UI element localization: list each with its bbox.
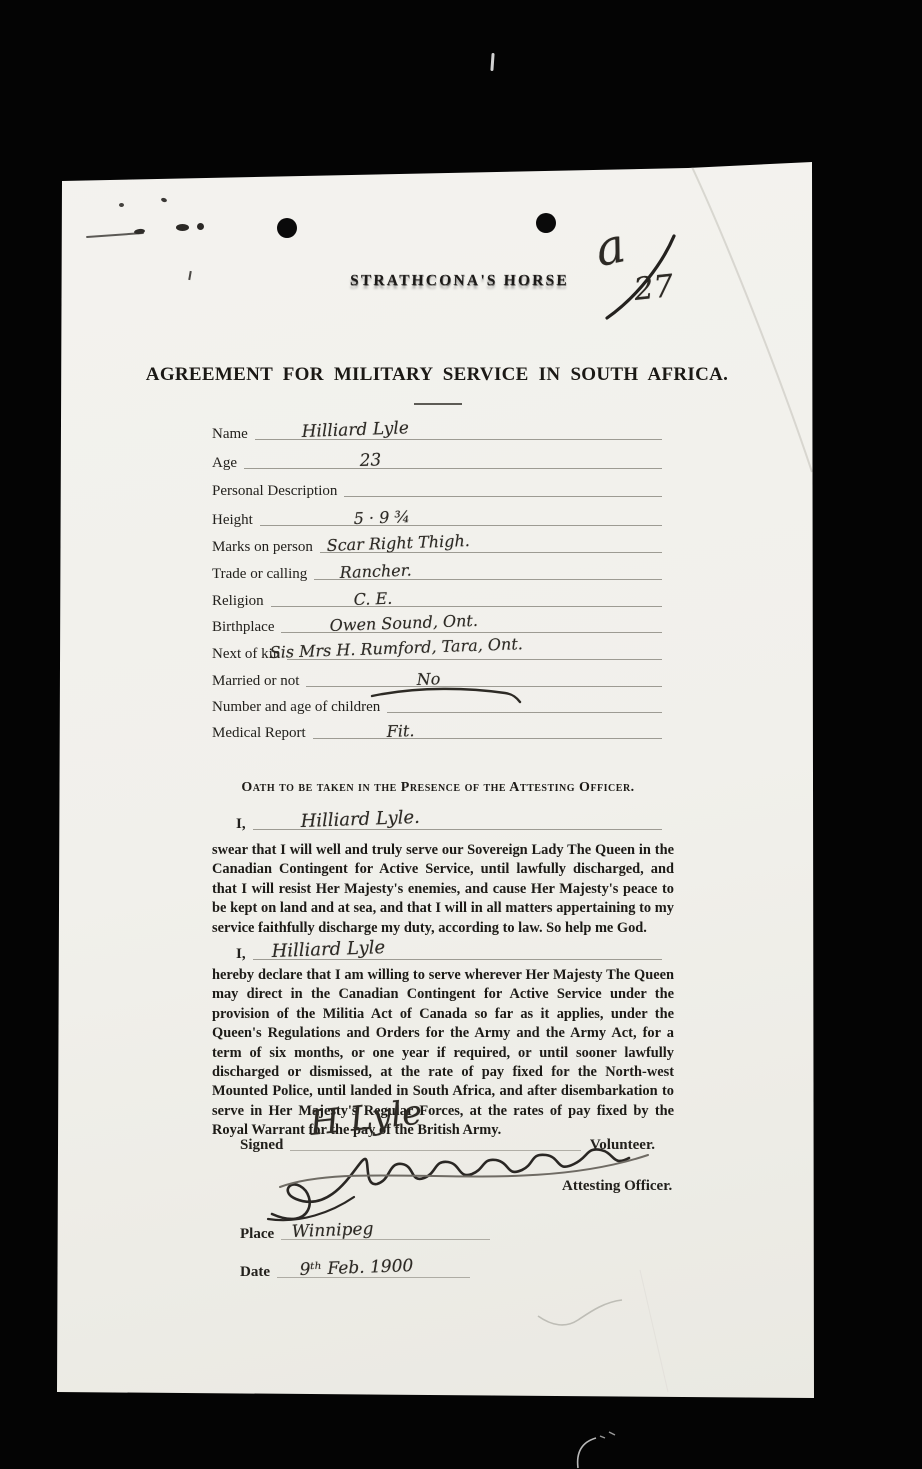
- field-rule: [344, 495, 662, 497]
- field-value: Rancher.: [339, 562, 411, 581]
- scanner-scratch-bottom: [578, 1438, 596, 1468]
- declaration-body: hereby declare that I am willing to serv…: [212, 966, 674, 1141]
- attesting-officer-label: Attesting Officer.: [562, 1178, 672, 1195]
- page-title: AGREEMENT FOR MILITARY SERVICE IN SOUTH …: [62, 364, 812, 386]
- volunteer-label: Volunteer.: [590, 1138, 662, 1153]
- regiment-stamp-text: STRATHCONA'S HORSE: [350, 272, 569, 289]
- field-row-medical-report: Medical Report Fit.: [212, 719, 662, 741]
- field-label: Personal Description: [212, 484, 344, 499]
- field-label: Religion: [212, 594, 271, 609]
- title-rule: [414, 403, 462, 405]
- field-label: Married or not: [212, 674, 306, 689]
- declaration-pronoun: I,: [236, 947, 253, 962]
- field-value: No: [416, 671, 440, 688]
- field-row-birthplace: Birthplace Owen Sound, Ont.: [212, 613, 662, 635]
- punch-hole-left: [277, 218, 297, 238]
- field-rule: [306, 685, 662, 687]
- field-row-trade: Trade or calling Rancher.: [212, 560, 662, 582]
- declaration-signature-row: I, Hilliard Lyle: [236, 940, 662, 962]
- field-value: 23: [359, 452, 381, 470]
- date-label: Date: [240, 1265, 277, 1280]
- place-value: Winnipeg: [291, 1221, 373, 1241]
- place-label: Place: [240, 1227, 281, 1242]
- field-row-personal-description: Personal Description: [212, 477, 662, 499]
- field-rule: [244, 467, 662, 469]
- pencil-scuff: [119, 203, 124, 207]
- oath-body: swear that I will well and truly serve o…: [212, 841, 674, 938]
- field-label: Age: [212, 456, 244, 471]
- field-row-age: Age 23: [212, 449, 662, 471]
- field-row-religion: Religion C. E.: [212, 587, 662, 609]
- field-label: Name: [212, 427, 255, 442]
- signed-row: Signed Volunteer.: [240, 1131, 662, 1153]
- field-rule: [313, 737, 662, 739]
- attesting-officer-signature-tail: [268, 1197, 354, 1220]
- field-row-married: Married or not No: [212, 667, 662, 689]
- field-value: Fit.: [386, 723, 414, 740]
- oath-heading: Oath to be taken in the Presence of the …: [212, 780, 664, 796]
- field-row-name: Name Hilliard Lyle: [212, 420, 662, 442]
- field-rule: [387, 711, 662, 713]
- field-value: C. E.: [353, 591, 392, 608]
- scanner-scratch-bottom: [600, 1432, 615, 1438]
- oath-pronoun: I,: [236, 817, 253, 832]
- scanned-document-page: STRATHCONA'S HORSE a 27 AGREEMENT FOR MI…: [0, 0, 922, 1469]
- crease-mark: [640, 1270, 668, 1392]
- pencil-scuff: [197, 223, 204, 230]
- date-row: Date 9ᵗʰ Feb. 1900: [240, 1258, 470, 1280]
- docket-number: 27: [632, 268, 675, 308]
- field-label: Birthplace: [212, 620, 281, 635]
- field-value: 5 · 9 ¾: [353, 509, 410, 527]
- oath-signatory-name: Hilliard Lyle.: [300, 809, 420, 831]
- oath-signature-row: I, Hilliard Lyle.: [236, 810, 662, 832]
- field-label: Height: [212, 513, 260, 528]
- pencil-scuff: [176, 224, 189, 231]
- field-row-marks: Marks on person Scar Right Thigh.: [212, 533, 662, 555]
- place-row: Place Winnipeg: [240, 1220, 490, 1242]
- declaration-signatory-name: Hilliard Lyle: [271, 939, 385, 961]
- crease-mark: [538, 1300, 622, 1325]
- field-rule: [271, 605, 662, 607]
- scanner-scratch-top: [490, 53, 494, 71]
- signed-label: Signed: [240, 1138, 290, 1153]
- pencil-scuff: [160, 197, 167, 203]
- field-label: Number and age of children: [212, 700, 387, 715]
- paper-sheet: STRATHCONA'S HORSE a 27 AGREEMENT FOR MI…: [0, 0, 922, 1469]
- field-label: Marks on person: [212, 540, 320, 555]
- field-value: Hilliard Lyle: [301, 420, 409, 441]
- field-label: Medical Report: [212, 726, 313, 741]
- punch-hole-right: [536, 213, 556, 233]
- field-label: Trade or calling: [212, 567, 314, 582]
- regiment-stamp: STRATHCONA'S HORSE: [350, 272, 570, 290]
- docket-letter: a: [590, 217, 630, 278]
- pencil-scuff: [188, 271, 192, 280]
- signed-rule: [290, 1149, 580, 1151]
- field-row-children: Number and age of children: [212, 693, 662, 715]
- date-value: 9ᵗʰ Feb. 1900: [299, 1258, 413, 1279]
- field-rule: [260, 524, 662, 526]
- field-row-next-of-kin: Next of kin Sis Mrs H. Rumford, Tara, On…: [212, 640, 662, 662]
- field-row-height: Height 5 · 9 ¾: [212, 506, 662, 528]
- fold-crease: [692, 167, 812, 472]
